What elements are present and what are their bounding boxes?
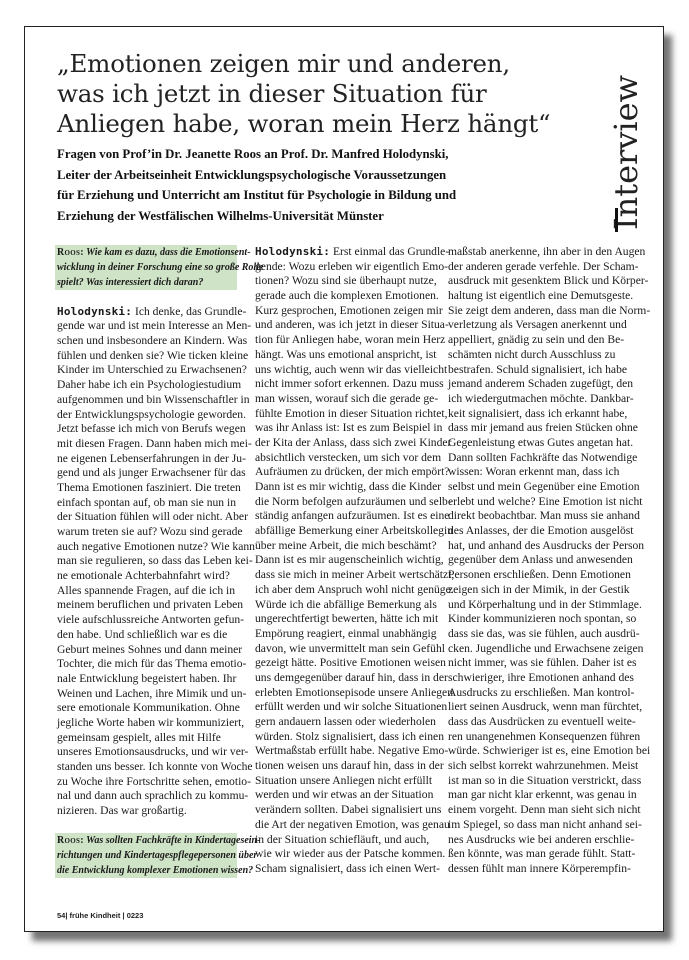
section-tab-label: Interview [606, 30, 646, 230]
speaker-label: Roos: [57, 835, 84, 846]
speaker-label: Holodynski: [255, 245, 330, 258]
section-tab: Interview [606, 30, 646, 230]
subtitle-line: für Erziehung und Unterricht am Institut… [57, 185, 577, 206]
answer-block: Holodynski: Ich denke, das Grundle- gend… [57, 305, 243, 819]
section-tab-marker [615, 208, 618, 232]
text-column-2: Holodynski: Erst einmal das Grundle- gen… [255, 245, 441, 877]
text-column-1: Roos: Wie kam es dazu, dass die Emotions… [57, 245, 243, 878]
title-line: Anliegen habe, woran mein Herz hängt“ [57, 109, 617, 139]
title-line: „Emotionen zeigen mir und anderen, [57, 49, 617, 79]
article-title: „Emotionen zeigen mir und anderen, was i… [57, 49, 617, 139]
speaker-label: Roos: [57, 247, 84, 258]
subtitle-line: Erziehung der Westfälischen Wilhelms-Uni… [57, 206, 577, 227]
article-subtitle: Fragen von Prof’in Dr. Jeanette Roos an … [57, 144, 577, 226]
magazine-page: „Emotionen zeigen mir und anderen, was i… [24, 26, 664, 932]
issue-number: 0223 [127, 911, 144, 920]
subtitle-line: Leiter der Arbeitseinheit Entwicklungsps… [57, 165, 577, 186]
question-block: Roos: Wie kam es dazu, dass die Emotions… [55, 245, 237, 290]
page-footer: 54| frühe Kindheit | 0223 [57, 911, 143, 920]
title-line: was ich jetzt in dieser Situation für [57, 79, 617, 109]
speaker-label: Holodynski: [57, 305, 132, 318]
subtitle-line: Fragen von Prof’in Dr. Jeanette Roos an … [57, 144, 577, 165]
publication-name: frühe Kindheit [70, 911, 121, 920]
question-block: Roos: Was sollten Fachkräfte in Kinderta… [55, 833, 237, 878]
text-column-3: maßstab anerkenne, ihn aber in den Augen… [448, 245, 634, 877]
